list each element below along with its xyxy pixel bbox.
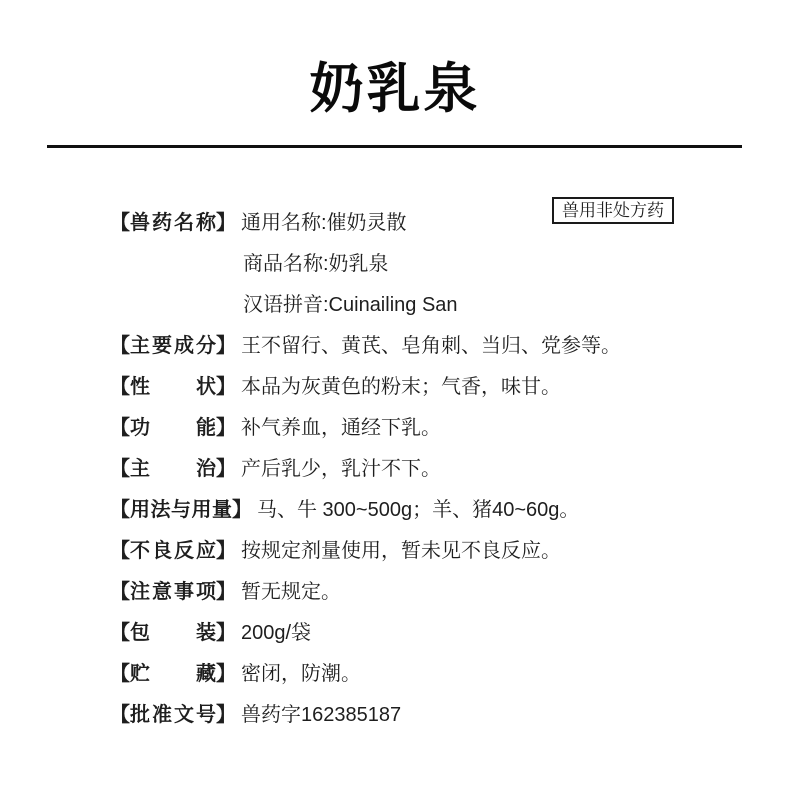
bracket-close: 】 (216, 373, 236, 401)
bracket-open: 【 (110, 701, 130, 729)
spec-list: 【兽药名称】通用名称:催奶灵散 商品名称:奶乳泉 汉语拼音:Cuinailing… (0, 209, 790, 742)
bracket-open: 【 (110, 619, 130, 647)
product-title: 奶乳泉 (0, 46, 790, 123)
bracket-close: 】 (216, 660, 236, 688)
spec-value-storage: 密闭，防潮。 (241, 663, 361, 685)
bracket-close: 】 (216, 619, 236, 647)
bracket-open: 【 (110, 537, 130, 565)
spec-row-adverse-reactions: 【不良反应】按规定剂量使用，暂未见不良反应。 (0, 537, 790, 565)
spec-value-ingredients: 王不留行、黄芪、皂角刺、当归、党参等。 (241, 335, 621, 357)
bracket-close: 】 (216, 414, 236, 442)
spec-row-drug-name: 【兽药名称】通用名称:催奶灵散 (0, 209, 790, 237)
bracket-close: 】 (232, 496, 252, 524)
spec-value-packaging: 200g/袋 (241, 622, 311, 644)
spec-value-functions: 补气养血，通经下乳。 (241, 417, 441, 439)
spec-label-packaging: 包装 (130, 619, 216, 647)
spec-row-precautions: 【注意事项】暂无规定。 (0, 578, 790, 606)
drug-label-page: 奶乳泉 兽用非处方药 【兽药名称】通用名称:催奶灵散 商品名称:奶乳泉 汉语拼音… (0, 0, 790, 805)
spec-row-dosage: 【用法与用量】马、牛 300~500g；羊、猪40~60g。 (0, 496, 790, 524)
spec-label-precautions: 注意事项 (130, 578, 216, 606)
bracket-close: 】 (216, 578, 236, 606)
bracket-open: 【 (110, 455, 130, 483)
bracket-close: 】 (216, 455, 236, 483)
spec-value-properties: 本品为灰黄色的粉末；气香，味甘。 (241, 376, 561, 398)
spec-row-ingredients: 【主要成分】王不留行、黄芪、皂角刺、当归、党参等。 (0, 332, 790, 360)
bracket-close: 】 (216, 701, 236, 729)
spec-value-dosage: 马、牛 300~500g；羊、猪40~60g。 (257, 499, 579, 521)
spec-label-properties: 性状 (130, 373, 216, 401)
spec-label-storage: 贮藏 (130, 660, 216, 688)
spec-row-storage: 【贮藏】密闭，防潮。 (0, 660, 790, 688)
spec-row-packaging: 【包装】200g/袋 (0, 619, 790, 647)
spec-label-functions: 功能 (130, 414, 216, 442)
title-divider (47, 145, 742, 148)
spec-label-dosage: 用法与用量 (130, 496, 232, 524)
spec-row-pinyin: 汉语拼音:Cuinailing San (0, 291, 790, 319)
bracket-close: 】 (216, 537, 236, 565)
spec-row-properties: 【性状】本品为灰黄色的粉末；气香，味甘。 (0, 373, 790, 401)
spec-row-trade-name: 商品名称:奶乳泉 (0, 250, 790, 278)
bracket-close: 】 (216, 209, 236, 237)
spec-label-approval-number: 批准文号 (130, 701, 216, 729)
spec-label-drug-name: 兽药名称 (130, 209, 216, 237)
bracket-open: 【 (110, 332, 130, 360)
spec-value-generic-name: 通用名称:催奶灵散 (241, 212, 407, 234)
spec-value-approval-number: 兽药字162385187 (241, 704, 401, 726)
spec-value-precautions: 暂无规定。 (241, 581, 341, 603)
spec-label-adverse-reactions: 不良反应 (130, 537, 216, 565)
spec-value-trade-name: 商品名称:奶乳泉 (243, 253, 389, 275)
spec-row-approval-number: 【批准文号】兽药字162385187 (0, 701, 790, 729)
spec-label-indications: 主治 (130, 455, 216, 483)
bracket-open: 【 (110, 496, 130, 524)
spec-value-indications: 产后乳少，乳汁不下。 (241, 458, 441, 480)
spec-label-ingredients: 主要成分 (130, 332, 216, 360)
spec-value-adverse-reactions: 按规定剂量使用，暂未见不良反应。 (241, 540, 561, 562)
bracket-open: 【 (110, 578, 130, 606)
bracket-open: 【 (110, 414, 130, 442)
bracket-close: 】 (216, 332, 236, 360)
bracket-open: 【 (110, 373, 130, 401)
bracket-open: 【 (110, 209, 130, 237)
spec-row-indications: 【主治】产后乳少，乳汁不下。 (0, 455, 790, 483)
spec-row-functions: 【功能】补气养血，通经下乳。 (0, 414, 790, 442)
bracket-open: 【 (110, 660, 130, 688)
spec-value-pinyin: 汉语拼音:Cuinailing San (243, 294, 458, 316)
